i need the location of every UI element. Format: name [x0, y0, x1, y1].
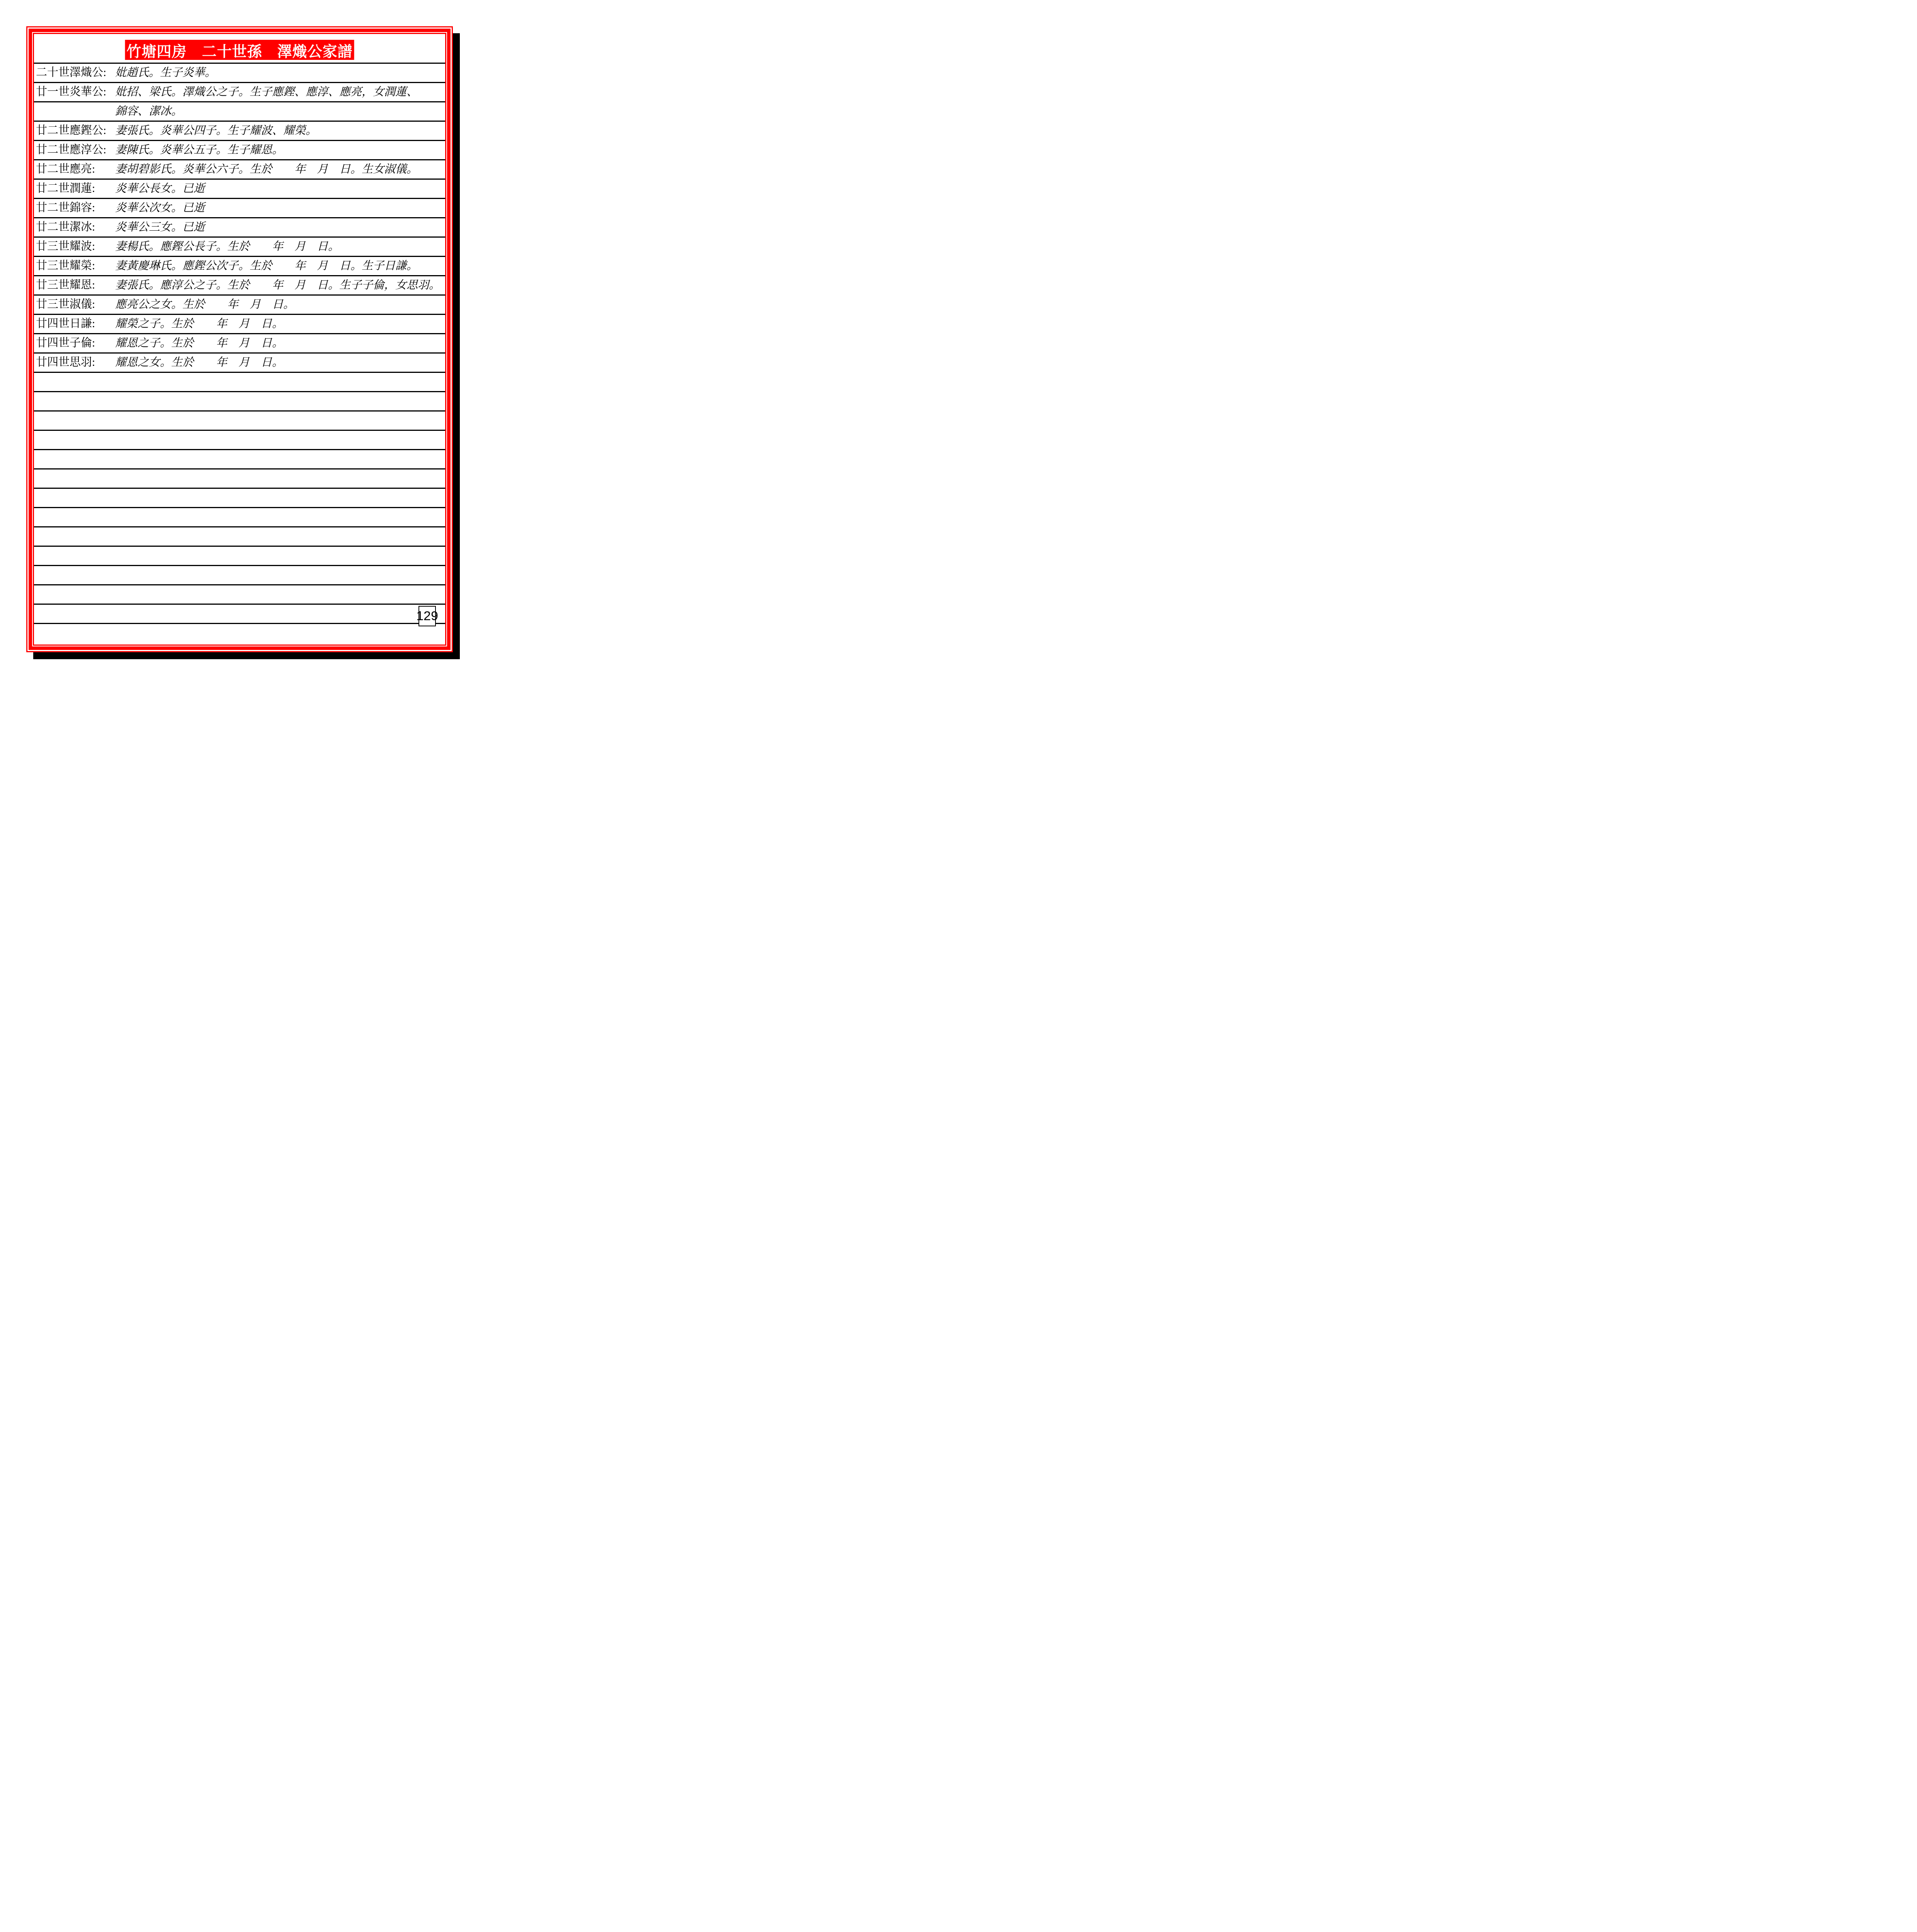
generation-label: 廿二世潤蓮: [36, 180, 95, 198]
document-canvas: 竹塘四房 二十世孫 澤熾公家譜 二十世澤熾公:妣趙氏。生子炎華。廿一世炎華公:妣… [0, 0, 479, 678]
title-banner: 竹塘四房 二十世孫 澤熾公家譜 [125, 40, 354, 60]
generation-label: 廿二世應淳公: [36, 141, 106, 159]
empty-row [34, 526, 445, 546]
table-row: 廿二世應亮:妻胡碧影氏。炎華公六子。生於 年 月 日。生女淑儀。 [34, 159, 445, 179]
entry-text: 應亮公之女。生於 年 月 日。 [115, 296, 294, 314]
table-row: 廿二世錦容:炎華公次女。已逝 [34, 198, 445, 217]
table-row: 廿二世潤蓮:炎華公長女。已逝 [34, 179, 445, 198]
page-title: 竹塘四房 二十世孫 澤熾公家譜 [126, 39, 352, 61]
generation-label: 二十世澤熾公: [36, 64, 106, 82]
table-row: 廿二世應鏗公:妻張氏。炎華公四子。生子耀波、耀榮。 [34, 121, 445, 140]
entry-text: 妻楊氏。應鏗公長子。生於 年 月 日。 [115, 238, 339, 256]
entry-text: 耀恩之女。生於 年 月 日。 [115, 354, 283, 372]
generation-label: 廿四世子倫: [36, 334, 95, 352]
empty-row [34, 372, 445, 391]
entry-text: 炎華公長女。已逝 [115, 180, 205, 198]
empty-row [34, 507, 445, 526]
table-row: 廿三世耀波:妻楊氏。應鏗公長子。生於 年 月 日。 [34, 236, 445, 256]
generation-label: 廿三世淑儀: [36, 296, 95, 314]
generation-label: 廿三世耀恩: [36, 276, 95, 294]
entry-text: 妻陳氏。炎華公五子。生子耀恩。 [115, 141, 283, 159]
entry-text: 錦容、潔冰。 [115, 102, 182, 121]
table-row: 廿四世子倫:耀恩之子。生於 年 月 日。 [34, 333, 445, 352]
entry-text: 妣招、梁氏。澤熾公之子。生子應鏗、應淳、應亮，女潤蓮、 [115, 83, 418, 101]
page-content: 竹塘四房 二十世孫 澤熾公家譜 二十世澤熾公:妣趙氏。生子炎華。廿一世炎華公:妣… [34, 34, 445, 645]
empty-row [34, 584, 445, 604]
generation-label: 廿二世應鏗公: [36, 122, 106, 140]
entry-text: 耀恩之子。生於 年 月 日。 [115, 334, 283, 352]
entry-text: 妣趙氏。生子炎華。 [115, 64, 216, 82]
empty-row [34, 430, 445, 449]
generation-label: 廿三世耀波: [36, 238, 95, 256]
empty-row [34, 468, 445, 488]
table-row: 廿二世潔冰:炎華公三女。已逝 [34, 217, 445, 236]
generation-label: 廿四世思羽: [36, 354, 95, 372]
generation-label: 廿三世耀榮: [36, 257, 95, 275]
empty-row [34, 449, 445, 468]
entry-text: 妻胡碧影氏。炎華公六子。生於 年 月 日。生女淑儀。 [115, 160, 418, 179]
generation-label: 廿四世日謙: [36, 315, 95, 333]
page-number-row: 129 [34, 604, 445, 623]
generation-label: 廿二世錦容: [36, 199, 95, 217]
table-row: 廿三世耀恩:妻張氏。應淳公之子。生於 年 月 日。生子子倫，女思羽。 [34, 275, 445, 294]
entry-text: 炎華公次女。已逝 [115, 199, 205, 217]
empty-row [34, 391, 445, 410]
entry-text: 妻黃慶琳氏。應鏗公次子。生於 年 月 日。生子日謙。 [115, 257, 418, 275]
empty-row [34, 488, 445, 507]
generation-label: 廿一世炎華公: [36, 83, 106, 101]
table-row: 廿二世應淳公:妻陳氏。炎華公五子。生子耀恩。 [34, 140, 445, 159]
generation-label: 廿二世潔冰: [36, 218, 95, 236]
entry-text: 炎華公三女。已逝 [115, 218, 205, 236]
generation-label: 廿二世應亮: [36, 160, 95, 179]
genealogy-page: 竹塘四房 二十世孫 澤熾公家譜 二十世澤熾公:妣趙氏。生子炎華。廿一世炎華公:妣… [26, 26, 453, 652]
page-number-badge: 129 [418, 606, 436, 626]
table-row: 廿四世思羽:耀恩之女。生於 年 月 日。 [34, 352, 445, 372]
table-row: 二十世澤熾公:妣趙氏。生子炎華。 [34, 63, 445, 82]
table-row: 廿四世日謙:耀榮之子。生於 年 月 日。 [34, 314, 445, 333]
entry-text: 耀榮之子。生於 年 月 日。 [115, 315, 283, 333]
genealogy-table: 二十世澤熾公:妣趙氏。生子炎華。廿一世炎華公:妣招、梁氏。澤熾公之子。生子應鏗、… [34, 63, 445, 645]
table-row: 廿一世炎華公:妣招、梁氏。澤熾公之子。生子應鏗、應淳、應亮，女潤蓮、 [34, 82, 445, 101]
table-row-continuation: 錦容、潔冰。 [34, 101, 445, 121]
table-row: 廿三世耀榮:妻黃慶琳氏。應鏗公次子。生於 年 月 日。生子日謙。 [34, 256, 445, 275]
table-row: 廿三世淑儀:應亮公之女。生於 年 月 日。 [34, 294, 445, 314]
entry-text: 妻張氏。應淳公之子。生於 年 月 日。生子子倫，女思羽。 [115, 276, 440, 294]
empty-row [34, 410, 445, 430]
empty-row [34, 565, 445, 584]
empty-row [34, 623, 445, 642]
empty-row [34, 546, 445, 565]
entry-text: 妻張氏。炎華公四子。生子耀波、耀榮。 [115, 122, 317, 140]
